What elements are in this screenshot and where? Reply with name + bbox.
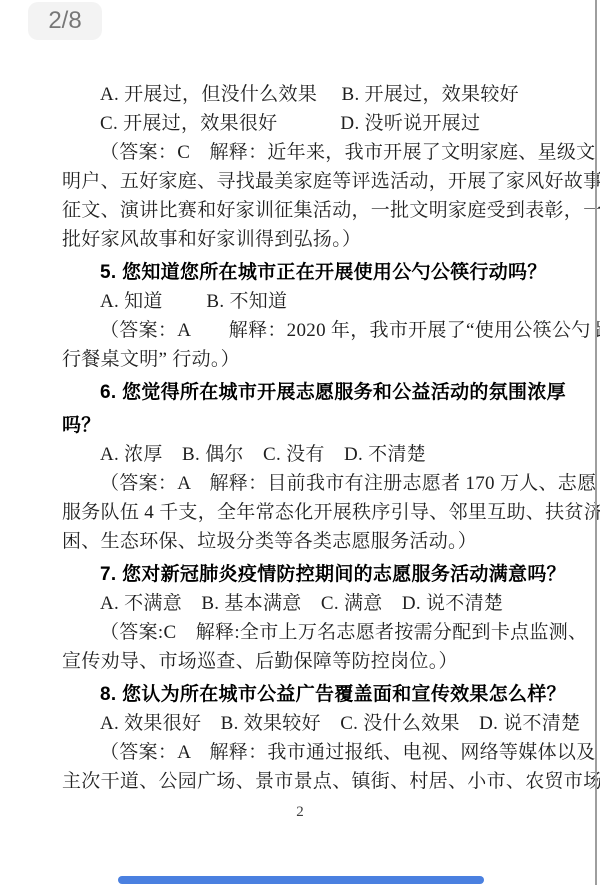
doc-line-question: 8. 您认为所在城市公益广告覆盖面和宣传效果怎么样？ <box>62 680 544 709</box>
progress-bar[interactable] <box>118 876 484 884</box>
doc-line-question: 吗？ <box>62 411 544 440</box>
doc-line-answer: （答案：C 解释：近年来，我市开展了文明家庭、星级文 <box>62 138 544 167</box>
doc-line-option: A. 效果很好 B. 效果较好 C. 没什么效果 D. 说不清楚 <box>62 709 544 738</box>
page-indicator-label: 2/8 <box>48 7 81 35</box>
page-number: 2 <box>0 804 600 821</box>
page-indicator-badge: 2/8 <box>28 2 102 40</box>
doc-line-answer: （答案：A 解释：我市通过报纸、电视、网络等媒体以及 <box>62 738 544 767</box>
scrollbar[interactable] <box>595 0 597 885</box>
doc-line-option: A. 浓厚 B. 偶尔 C. 没有 D. 不清楚 <box>62 440 544 469</box>
doc-line-continuation: 困、生态环保、垃圾分类等各类志愿服务活动。） <box>62 527 544 556</box>
doc-line-answer: （答案：A 解释：目前我市有注册志愿者 170 万人、志愿 <box>62 469 544 498</box>
doc-line-continuation: 明户、五好家庭、寻找最美家庭等评选活动，开展了家风好故事 <box>62 167 544 196</box>
doc-line-question: 6. 您觉得所在城市开展志愿服务和公益活动的氛围浓厚 <box>62 378 544 407</box>
doc-line-option: A. 开展过，但没什么效果 B. 开展过，效果较好 <box>62 80 544 109</box>
doc-line-continuation: 服务队伍 4 千支，全年常态化开展秩序引导、邻里互助、扶贫济 <box>62 498 544 527</box>
doc-line-continuation: 征文、演讲比赛和好家训征集活动，一批文明家庭受到表彰，一 <box>62 196 544 225</box>
document-page: A. 开展过，但没什么效果 B. 开展过，效果较好C. 开展过，效果很好 D. … <box>62 80 544 796</box>
doc-line-continuation: 批好家风故事和好家训得到弘扬。） <box>62 225 544 254</box>
doc-line-answer: （答案：A 解释：2020 年，我市开展了“使用公筷公勺 践 <box>62 316 544 345</box>
doc-line-question: 5. 您知道您所在城市正在开展使用公勺公筷行动吗？ <box>62 258 544 287</box>
doc-line-question: 7. 您对新冠肺炎疫情防控期间的志愿服务活动满意吗？ <box>62 560 544 589</box>
doc-line-continuation: 主次干道、公园广场、景市景点、镇街、村居、小市、农贸市场、 <box>62 767 544 796</box>
doc-line-option: A. 不满意 B. 基本满意 C. 满意 D. 说不清楚 <box>62 589 544 618</box>
doc-line-option: C. 开展过，效果很好 D. 没听说开展过 <box>62 109 544 138</box>
doc-line-answer: （答案:C 解释:全市上万名志愿者按需分配到卡点监测、 <box>62 618 544 647</box>
doc-line-continuation: 宣传劝导、市场巡查、后勤保障等防控岗位。） <box>62 647 544 676</box>
doc-line-continuation: 行餐桌文明” 行动。） <box>62 345 544 374</box>
doc-line-option: A. 知道 B. 不知道 <box>62 287 544 316</box>
